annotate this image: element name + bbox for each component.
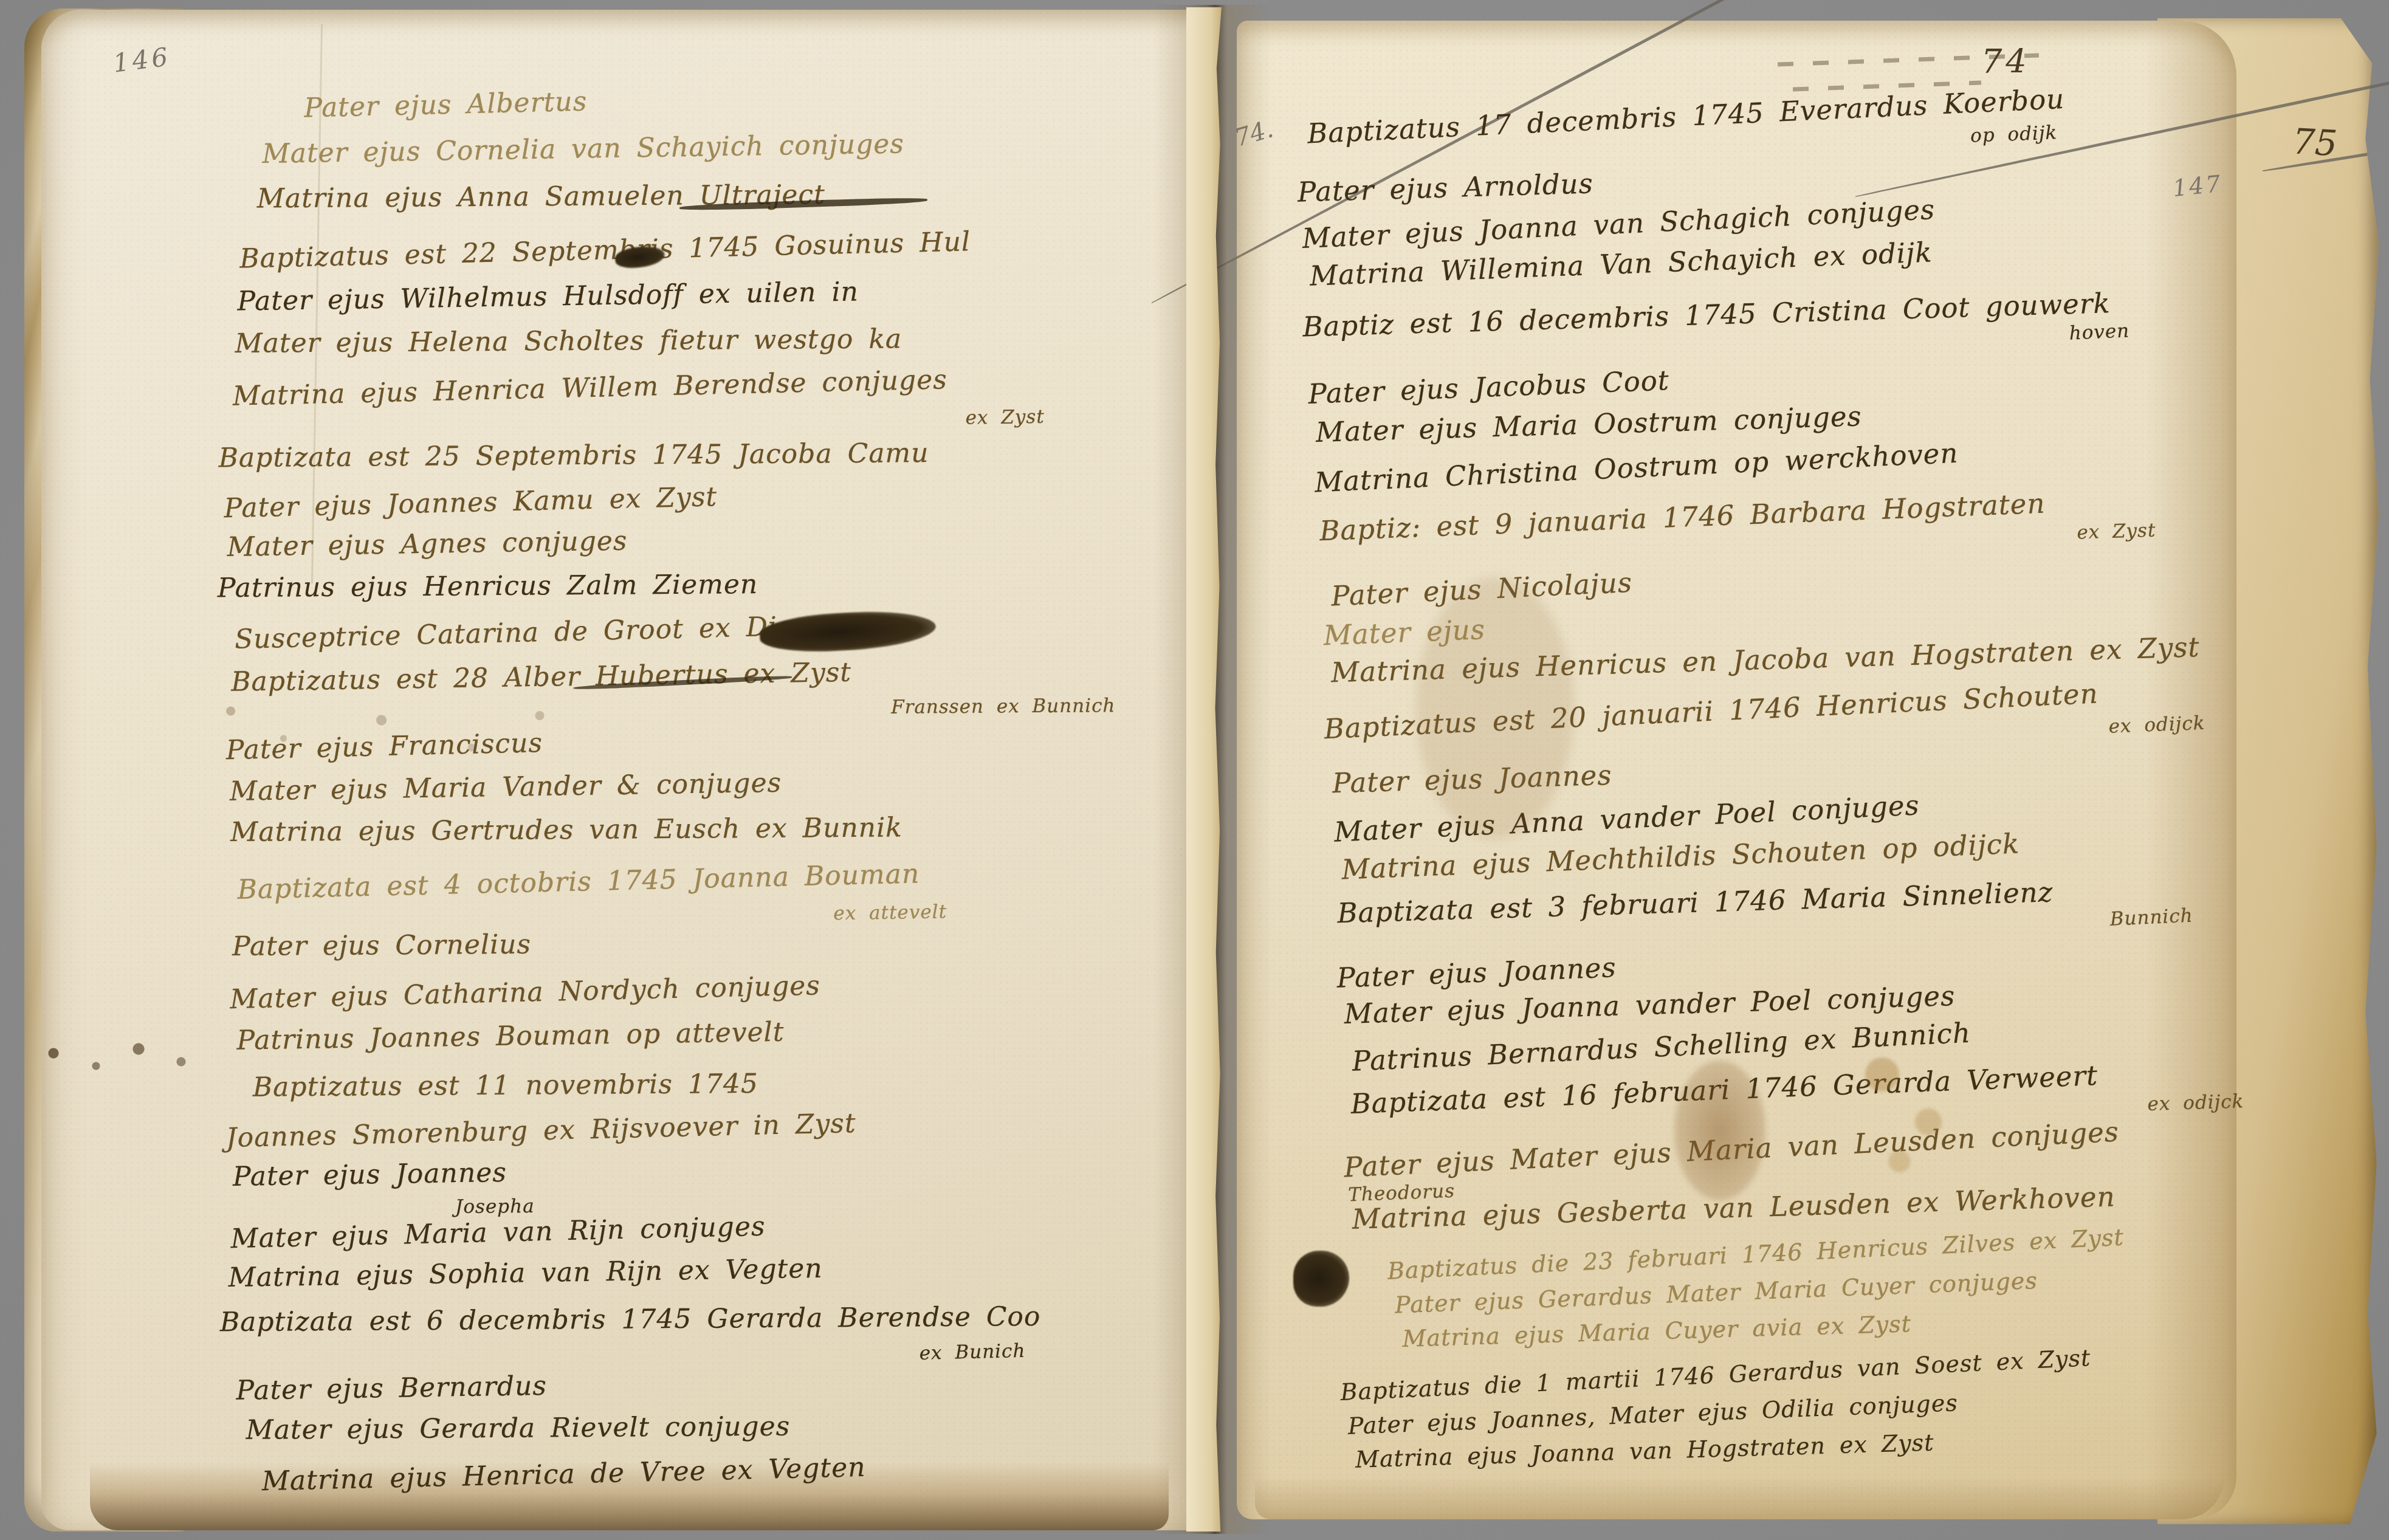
left-page-number-pencil: 146	[111, 41, 172, 78]
register-line-note: ex odijck	[2108, 710, 2243, 738]
register-line-note: ex attevelt	[833, 897, 1186, 926]
register-line: Mater ejus Cornelia van Schayich conjuge…	[262, 124, 1174, 180]
brown-stain	[1674, 1060, 1765, 1200]
water-stain	[1416, 577, 1574, 839]
left-page-text-column: Pater ejus Albertus Mater ejus Cornelia …	[182, 75, 1195, 1504]
register-line: Matrina ejus Gertrudes van Eusch ex Bunn…	[230, 810, 1184, 858]
spot-stains	[1848, 1027, 1963, 1185]
book-scan: 146 Pater ejus Albertus Mater ejus Corne…	[0, 0, 2389, 1540]
ink-specks	[201, 684, 577, 775]
next-page-number-ink: 75	[2291, 120, 2389, 173]
right-page-number-ink-struck: 74	[1981, 43, 2389, 81]
right-page-text-column: Baptizatus 17 decembris 1745 Everardus K…	[1270, 79, 2270, 1488]
register-line-note: ex Zyst	[965, 404, 1178, 430]
ink-specks	[36, 1036, 207, 1079]
register-line: Matrina ejus Anna Samuelen Ultraject	[257, 177, 1175, 225]
register-line: Pater ejus Bernardus	[236, 1360, 1194, 1417]
